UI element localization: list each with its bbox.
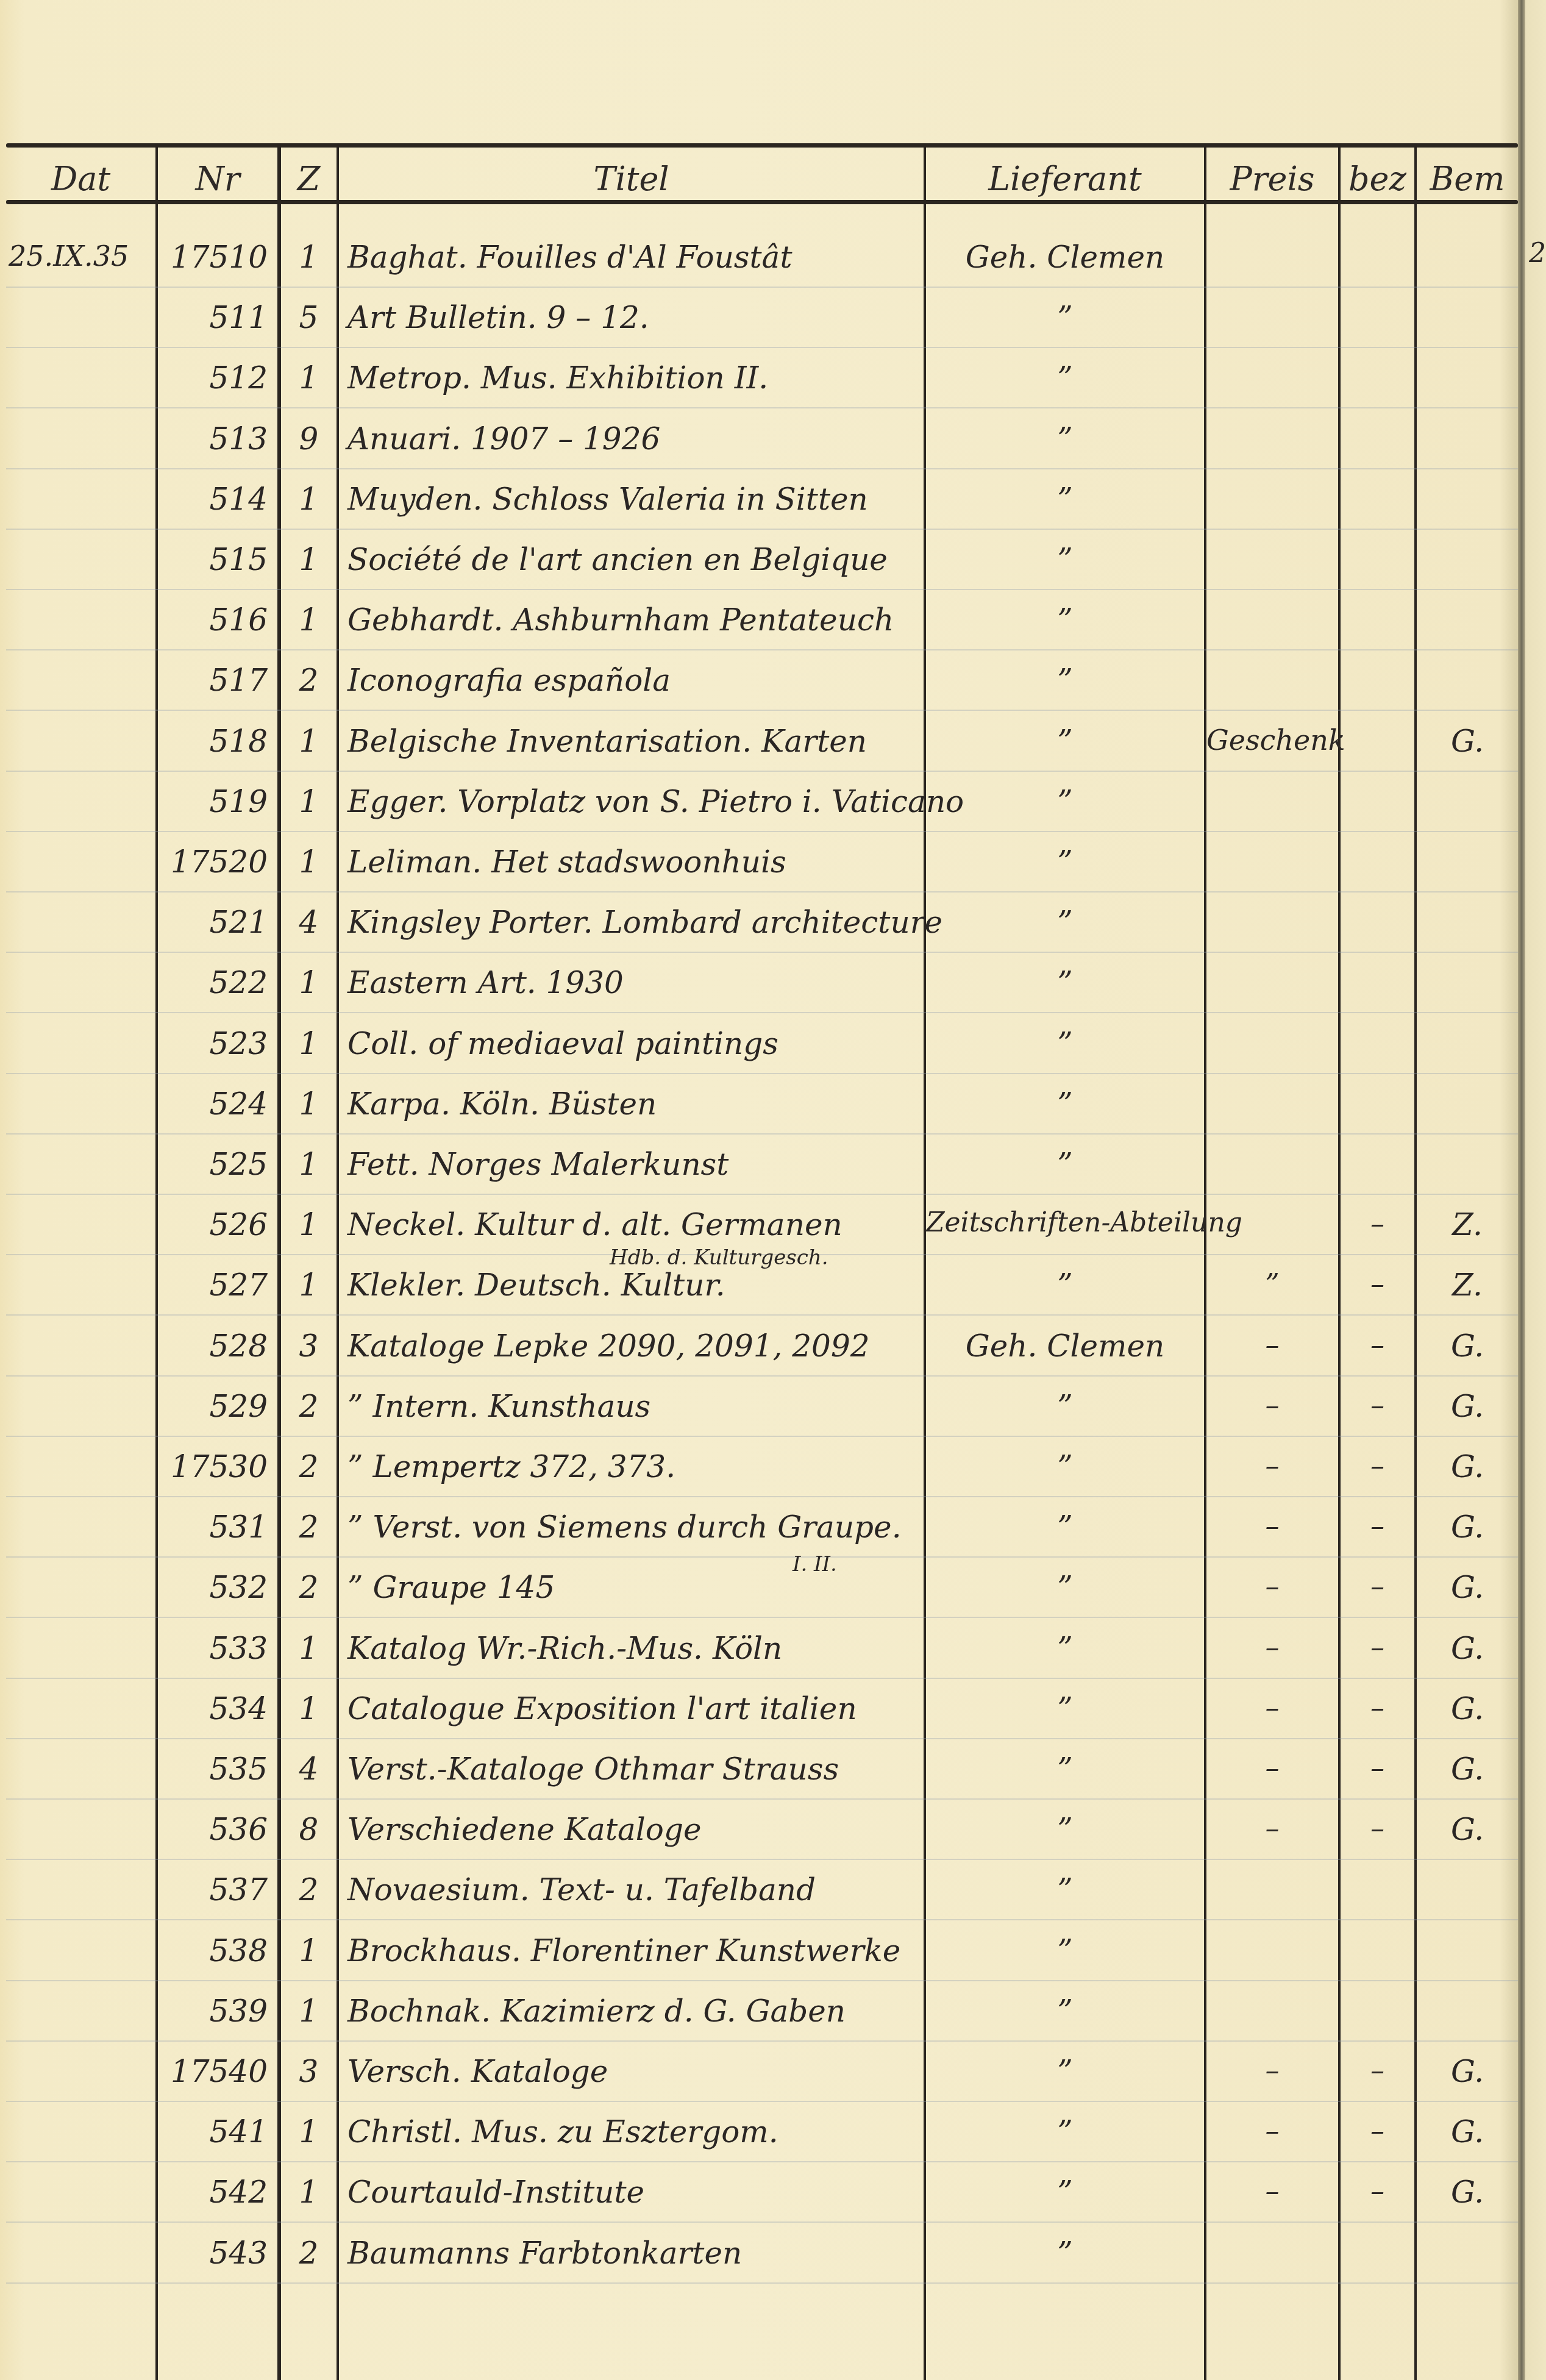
- cell-titel: Metrop. Mus. Exhibition II.: [347, 360, 921, 396]
- cell-nr: 539: [158, 1993, 268, 2029]
- cell-bez: –: [1341, 1812, 1414, 1845]
- header-bez: bez: [1341, 160, 1414, 202]
- cell-nr: 516: [158, 602, 268, 638]
- cell-lieferant: ”: [926, 1691, 1204, 1726]
- cell-nr: 522: [158, 965, 268, 1000]
- cell-titel: Egger. Vorplatz von S. Pietro i. Vatican…: [347, 784, 921, 819]
- cell-preis: –: [1206, 1812, 1338, 1845]
- cell-bez: –: [1341, 1449, 1414, 1482]
- ruling-line: [6, 1980, 1518, 1981]
- ruling-line: [6, 1859, 1518, 1860]
- cell-lieferant: ”: [926, 2175, 1204, 2210]
- cell-z: 2: [281, 1509, 337, 1545]
- header-z: Z: [281, 160, 337, 202]
- header-bem: Bem: [1417, 160, 1518, 202]
- cell-titel: ” Intern. Kunsthaus: [347, 1389, 921, 1424]
- cell-z: 1: [281, 1207, 337, 1242]
- cell-z: 1: [281, 965, 337, 1000]
- cell-z: 1: [281, 1026, 337, 1061]
- cell-nr: 513: [158, 421, 268, 457]
- cell-nr: 528: [158, 1328, 268, 1364]
- cell-nr: 512: [158, 360, 268, 396]
- cell-z: 2: [281, 1389, 337, 1424]
- cell-titel: Société de l'art ancien en Belgique: [347, 542, 921, 577]
- cell-nr: 524: [158, 1086, 268, 1122]
- cell-lieferant: ”: [926, 482, 1204, 517]
- cell-titel: Eastern Art. 1930: [347, 965, 921, 1000]
- cell-preis: –: [1206, 2114, 1338, 2147]
- cell-z: 2: [281, 1872, 337, 1908]
- ruling-line: [6, 1678, 1518, 1679]
- cell-nr: 527: [158, 1267, 268, 1303]
- cell-z: 1: [281, 482, 337, 517]
- cell-bem: G.: [1417, 1570, 1518, 1605]
- ruling-line: [6, 1738, 1518, 1739]
- cell-dat: 25.IX.35: [9, 240, 155, 273]
- cell-titel: Belgische Inventarisation. Karten: [347, 724, 921, 759]
- cell-titel: Verschiedene Kataloge: [347, 1812, 921, 1847]
- cell-z: 2: [281, 2236, 337, 2271]
- cell-lieferant: ”: [926, 300, 1204, 335]
- cell-lieferant: ”: [926, 1026, 1204, 1061]
- cell-preis: –: [1206, 1631, 1338, 1664]
- cell-z: 2: [281, 1449, 337, 1484]
- cell-z: 3: [281, 1328, 337, 1364]
- cell-nr: 17510: [158, 240, 268, 275]
- cell-titel: Coll. of mediaeval paintings: [347, 1026, 921, 1061]
- cell-nr: 17540: [158, 2054, 268, 2089]
- ruling-line: [6, 1919, 1518, 1920]
- cell-preis: –: [1206, 1570, 1338, 1603]
- cell-bem: G.: [1417, 1449, 1518, 1484]
- cell-titel: Iconografia española: [347, 663, 921, 698]
- cell-lieferant: ”: [926, 905, 1204, 940]
- ruling-line: [6, 407, 1518, 408]
- cell-titel: Bochnak. Kazimierz d. G. Gaben: [347, 1993, 921, 2029]
- cell-bem: G.: [1417, 724, 1518, 759]
- cell-z: 1: [281, 542, 337, 577]
- cell-lieferant: ”: [926, 965, 1204, 1000]
- ruling-line: [6, 952, 1518, 953]
- cell-titel: ” Verst. von Siemens durch Graupe.: [347, 1509, 921, 1545]
- cell-z: 1: [281, 2114, 337, 2150]
- cell-z: 3: [281, 2054, 337, 2089]
- cell-nr: 17530: [158, 1449, 268, 1484]
- cell-titel: ” Graupe 145: [347, 1570, 921, 1605]
- cell-bem: G.: [1417, 2054, 1518, 2089]
- ruling-line: [6, 1496, 1518, 1497]
- cell-bem: G.: [1417, 1812, 1518, 1847]
- cell-preis: –: [1206, 1751, 1338, 1784]
- ruling-line: [6, 1012, 1518, 1013]
- cell-lieferant: ”: [926, 1570, 1204, 1605]
- cell-z: 1: [281, 724, 337, 759]
- ruling-line: [6, 1436, 1518, 1437]
- cell-titel: Christl. Mus. zu Esztergom.: [347, 2114, 921, 2150]
- ruling-line: [6, 1556, 1518, 1558]
- cell-z: 1: [281, 1993, 337, 2029]
- ruling-line: [6, 2101, 1518, 2102]
- cell-lieferant: ”: [926, 602, 1204, 638]
- cell-lieferant: ”: [926, 421, 1204, 457]
- cell-bem: G.: [1417, 1389, 1518, 1424]
- cell-nr: 541: [158, 2114, 268, 2150]
- cell-bez: –: [1341, 1691, 1414, 1724]
- cell-bem: G.: [1417, 2114, 1518, 2150]
- cell-bem: G.: [1417, 1328, 1518, 1364]
- cell-lieferant: ”: [926, 542, 1204, 577]
- ruling-line: [6, 529, 1518, 530]
- cell-preis: ”: [1206, 1267, 1338, 1300]
- cell-bem: G.: [1417, 1751, 1518, 1787]
- column-divider-titel-lieferant: [924, 143, 926, 2380]
- cell-bem: Z.: [1417, 1207, 1518, 1242]
- cell-z: 1: [281, 1631, 337, 1666]
- cell-nr: 531: [158, 1509, 268, 1545]
- column-divider-lieferant-preis: [1204, 143, 1206, 2380]
- cell-nr: 17520: [158, 844, 268, 880]
- cell-nr: 533: [158, 1631, 268, 1666]
- cell-titel: Klekler. Deutsch. Kultur.: [347, 1267, 921, 1303]
- ruling-line: [6, 2040, 1518, 2042]
- cell-nr: 525: [158, 1147, 268, 1182]
- cell-lieferant: ”: [926, 1993, 1204, 2029]
- cell-z: 1: [281, 602, 337, 638]
- cell-nr: 526: [158, 1207, 268, 1242]
- cell-z: 1: [281, 1267, 337, 1303]
- cell-z: 2: [281, 1570, 337, 1605]
- cell-nr: 518: [158, 724, 268, 759]
- ruling-line: [6, 771, 1518, 772]
- cell-nr: 542: [158, 2175, 268, 2210]
- header-titel: Titel: [339, 160, 924, 202]
- cell-bez: –: [1341, 1570, 1414, 1603]
- cell-preis: –: [1206, 1328, 1338, 1361]
- cell-bez: –: [1341, 2175, 1414, 2207]
- cell-nr: 543: [158, 2236, 268, 2271]
- cell-bez: –: [1341, 2114, 1414, 2147]
- header-lieferant: Lieferant: [926, 160, 1204, 202]
- ruling-line: [6, 1073, 1518, 1074]
- ruling-line: [6, 649, 1518, 650]
- ruling-line: [6, 1194, 1518, 1195]
- cell-titel: Anuari. 1907 – 1926: [347, 421, 921, 457]
- cell-bem: Z.: [1417, 1267, 1518, 1303]
- cell-z: 5: [281, 300, 337, 335]
- cell-bem: G.: [1417, 1509, 1518, 1545]
- cell-bez: –: [1341, 1207, 1414, 1240]
- cell-preis: –: [1206, 1509, 1338, 1542]
- ruling-line: [6, 2161, 1518, 2162]
- ruling-line: [6, 831, 1518, 832]
- cell-bem: G.: [1417, 1691, 1518, 1726]
- cell-z: 2: [281, 663, 337, 698]
- cell-nr: 514: [158, 482, 268, 517]
- cell-nr: 511: [158, 300, 268, 335]
- cell-lieferant: ”: [926, 1631, 1204, 1666]
- cell-z: 1: [281, 1086, 337, 1122]
- cell-nr: 521: [158, 905, 268, 940]
- cell-bez: –: [1341, 1328, 1414, 1361]
- ruling-line: [6, 891, 1518, 892]
- cell-z: 4: [281, 905, 337, 940]
- cell-bez: –: [1341, 1389, 1414, 1422]
- cell-z: 1: [281, 784, 337, 819]
- cell-nr: 529: [158, 1389, 268, 1424]
- cell-titel: Art Bulletin. 9 – 12.: [347, 300, 921, 335]
- ruling-line: [6, 710, 1518, 711]
- cell-lieferant: ”: [926, 1812, 1204, 1847]
- cell-titel: Leliman. Het stadswoonhuis: [347, 844, 921, 880]
- ruling-line: [6, 347, 1518, 348]
- ruling-line: [6, 287, 1518, 288]
- cell-nr: 532: [158, 1570, 268, 1605]
- column-divider-z-titel: [337, 143, 339, 2380]
- cell-lieferant: ”: [926, 1509, 1204, 1545]
- cell-lieferant: ”: [926, 1933, 1204, 1968]
- cell-nr: 536: [158, 1812, 268, 1847]
- cell-titel: Kataloge Lepke 2090, 2091, 2092: [347, 1328, 921, 1364]
- cell-z: 1: [281, 360, 337, 396]
- cell-preis: –: [1206, 2175, 1338, 2207]
- cell-bem: G.: [1417, 1631, 1518, 1666]
- cell-z: 1: [281, 2175, 337, 2210]
- cell-nr: 515: [158, 542, 268, 577]
- cell-titel: Karpa. Köln. Büsten: [347, 1086, 921, 1122]
- cell-nr: 535: [158, 1751, 268, 1787]
- cell-lieferant: ”: [926, 2236, 1204, 2271]
- ruling-line: [6, 468, 1518, 469]
- cell-lieferant: ”: [926, 663, 1204, 698]
- cell-titel: Baghat. Fouilles d'Al Foustât: [347, 240, 921, 275]
- cell-titel: Katalog Wr.-Rich.-Mus. Köln: [347, 1631, 921, 1666]
- cell-lieferant: ”: [926, 1267, 1204, 1303]
- cell-z: 4: [281, 1751, 337, 1787]
- column-divider-nr-z: [277, 143, 281, 2380]
- cell-lieferant: ”: [926, 2114, 1204, 2150]
- cell-titel: Brockhaus. Florentiner Kunstwerke: [347, 1933, 921, 1968]
- cell-bem: G.: [1417, 2175, 1518, 2210]
- ruling-line: [6, 1798, 1518, 1800]
- book-gutter: [1518, 0, 1525, 2380]
- cell-bez: –: [1341, 1509, 1414, 1542]
- cell-z: 1: [281, 1691, 337, 1726]
- cell-titel: Neckel. Kultur d. alt. Germanen: [347, 1207, 921, 1242]
- cell-titel: Courtauld-Institute: [347, 2175, 921, 2210]
- cell-bez: –: [1341, 1267, 1414, 1300]
- cell-z: 1: [281, 240, 337, 275]
- cell-titel: Novaesium. Text- u. Tafelband: [347, 1872, 921, 1908]
- cell-nr: 523: [158, 1026, 268, 1061]
- cell-lieferant: ”: [926, 1147, 1204, 1182]
- column-divider-bez-bem: [1414, 143, 1417, 2380]
- cell-lieferant: ”: [926, 724, 1204, 759]
- cell-titel-note: Hdb. d. Kulturgesch.: [610, 1245, 828, 1270]
- header-preis: Preis: [1206, 160, 1338, 202]
- cell-z: 1: [281, 844, 337, 880]
- cell-titel: Fett. Norges Malerkunst: [347, 1147, 921, 1182]
- ruling-line: [6, 2221, 1518, 2223]
- cell-bez: –: [1341, 1631, 1414, 1664]
- cell-titel: Catalogue Exposition l'art italien: [347, 1691, 921, 1726]
- cell-lieferant: ”: [926, 1449, 1204, 1484]
- cell-z: 8: [281, 1812, 337, 1847]
- cell-bez: –: [1341, 2054, 1414, 2087]
- cell-nr: 534: [158, 1691, 268, 1726]
- cell-nr: 538: [158, 1933, 268, 1968]
- cell-titel: Verst.-Kataloge Othmar Strauss: [347, 1751, 921, 1787]
- cell-lieferant: ”: [926, 844, 1204, 880]
- header-top-rule: [6, 143, 1518, 148]
- ruling-line: [6, 1314, 1518, 1316]
- cell-z: 1: [281, 1147, 337, 1182]
- cell-lieferant: ”: [926, 1389, 1204, 1424]
- cell-titel: Muyden. Schloss Valeria in Sitten: [347, 482, 921, 517]
- cell-preis: Geschenk: [1206, 724, 1338, 757]
- column-divider-preis-bez: [1338, 143, 1341, 2380]
- header-dat: Dat: [6, 160, 155, 202]
- cell-bez: –: [1341, 1751, 1414, 1784]
- cell-preis: –: [1206, 1389, 1338, 1422]
- cell-lieferant: Geh. Clemen: [926, 1328, 1204, 1364]
- cell-lieferant: ”: [926, 1086, 1204, 1122]
- cell-lieferant: Geh. Clemen: [926, 240, 1204, 275]
- cell-titel: Gebhardt. Ashburnham Pentateuch: [347, 602, 921, 638]
- ruling-line: [6, 589, 1518, 590]
- ruling-line: [6, 2282, 1518, 2284]
- cell-lieferant: ”: [926, 784, 1204, 819]
- cell-lieferant: Zeitschriften-Abteilung: [926, 1207, 1204, 1238]
- cell-lieferant: ”: [926, 360, 1204, 396]
- ruling-line: [6, 1375, 1518, 1377]
- facing-page-mark: 2: [1529, 238, 1546, 269]
- cell-lieferant: ”: [926, 1872, 1204, 1908]
- header-nr: Nr: [158, 160, 277, 202]
- ruling-line: [6, 1133, 1518, 1135]
- cell-titel: ” Lempertz 372, 373.: [347, 1449, 921, 1484]
- cell-preis: –: [1206, 1691, 1338, 1724]
- cell-nr: 517: [158, 663, 268, 698]
- cell-preis: –: [1206, 2054, 1338, 2087]
- ruling-line: [6, 1617, 1518, 1618]
- cell-preis: –: [1206, 1449, 1338, 1482]
- cell-titel: Kingsley Porter. Lombard architecture: [347, 905, 921, 940]
- cell-titel: Baumanns Farbtonkarten: [347, 2236, 921, 2271]
- cell-lieferant: ”: [926, 1751, 1204, 1787]
- cell-z: 1: [281, 1933, 337, 1968]
- cell-titel: Versch. Kataloge: [347, 2054, 921, 2089]
- cell-lieferant: ”: [926, 2054, 1204, 2089]
- cell-nr: 537: [158, 1872, 268, 1908]
- column-divider-dat-nr: [155, 143, 158, 2380]
- cell-z: 9: [281, 421, 337, 457]
- cell-nr: 519: [158, 784, 268, 819]
